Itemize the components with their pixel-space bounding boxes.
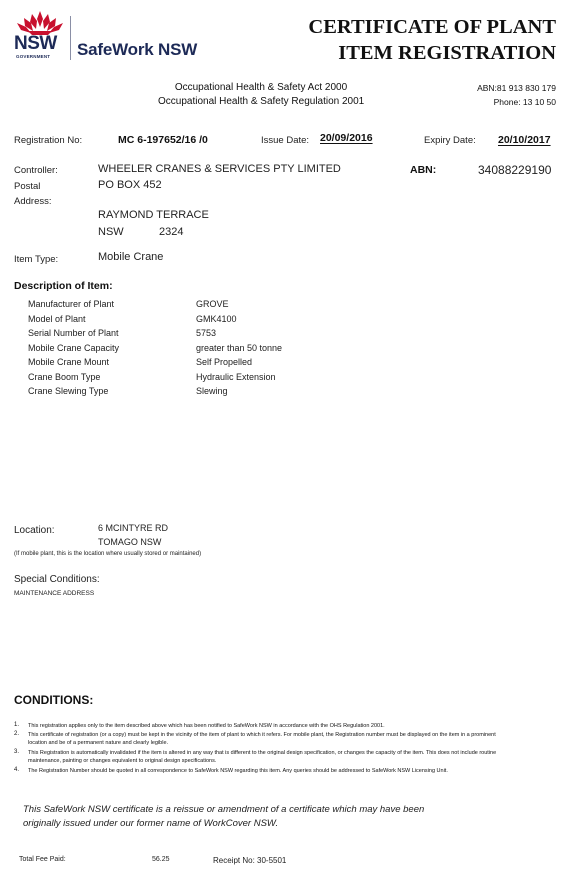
location-note: (If mobile plant, this is the location w… xyxy=(14,551,201,557)
controller-abn-label: ABN: xyxy=(410,164,436,176)
condition-text: This certificate of registration (or a c… xyxy=(28,731,508,747)
total-fee-label: Total Fee Paid: xyxy=(19,856,66,863)
description-heading: Description of Item: xyxy=(14,280,113,292)
waratah-logo-icon xyxy=(14,9,66,35)
description-value: Slewing xyxy=(196,386,228,396)
location-line-2: TOMAGO NSW xyxy=(98,537,161,547)
controller-name: WHEELER CRANES & SERVICES PTY LIMITED xyxy=(98,163,341,175)
description-value: greater than 50 tonne xyxy=(196,343,282,353)
address-postcode: 2324 xyxy=(159,226,183,238)
issue-date-value: 20/09/2016 xyxy=(320,132,373,144)
address-line-1: PO BOX 452 xyxy=(98,179,162,191)
description-label: Mobile Crane Capacity xyxy=(28,343,119,353)
description-label: Mobile Crane Mount xyxy=(28,357,109,367)
description-value: 5753 xyxy=(196,328,216,338)
agency-phone: Phone: 13 10 50 xyxy=(477,95,556,109)
reissue-line-1: This SafeWork NSW certificate is a reiss… xyxy=(23,803,424,817)
title-line-1: CERTIFICATE OF PLANT xyxy=(308,14,556,40)
condition-text: This registration applies only to the it… xyxy=(28,722,508,730)
location-line-1: 6 MCINTYRE RD xyxy=(98,523,168,533)
regulation-line: Occupational Health & Safety Regulation … xyxy=(158,95,364,109)
address-line-2: RAYMOND TERRACE xyxy=(98,209,209,221)
government-logo-text: GOVERNMENT xyxy=(16,54,50,59)
controller-abn-value: 34088229190 xyxy=(478,163,551,177)
conditions-heading: CONDITIONS: xyxy=(14,693,93,707)
reissue-line-2: originally issued under our former name … xyxy=(23,817,424,831)
item-type-label: Item Type: xyxy=(14,254,58,265)
item-type-value: Mobile Crane xyxy=(98,251,163,263)
condition-number: 2. xyxy=(14,731,19,737)
expiry-date-value: 20/10/2017 xyxy=(498,134,551,146)
location-label: Location: xyxy=(14,525,55,536)
act-line: Occupational Health & Safety Act 2000 xyxy=(158,81,364,95)
special-conditions-value: MAINTENANCE ADDRESS xyxy=(14,590,94,597)
receipt-number: Receipt No: 30-5501 xyxy=(213,856,286,865)
title-line-2: ITEM REGISTRATION xyxy=(308,40,556,66)
registration-no-label: Registration No: xyxy=(14,135,82,146)
condition-number: 1. xyxy=(14,722,19,728)
certificate-title: CERTIFICATE OF PLANT ITEM REGISTRATION xyxy=(308,14,556,66)
description-label: Model of Plant xyxy=(28,314,86,324)
description-label: Manufacturer of Plant xyxy=(28,299,114,309)
description-label: Crane Boom Type xyxy=(28,372,100,382)
description-value: GMK4100 xyxy=(196,314,237,324)
condition-text: The Registration Number should be quoted… xyxy=(28,767,508,775)
logo-divider xyxy=(70,16,71,60)
nsw-logo-text: NSW xyxy=(14,34,57,54)
reissue-notice: This SafeWork NSW certificate is a reiss… xyxy=(23,803,424,831)
expiry-date-label: Expiry Date: xyxy=(424,135,476,146)
controller-label: Controller: xyxy=(14,165,58,176)
agency-abn: ABN:81 913 830 179 xyxy=(477,81,556,95)
agency-name: SafeWork NSW xyxy=(77,40,197,60)
address-state: NSW xyxy=(98,226,124,238)
description-value: GROVE xyxy=(196,299,229,309)
description-label: Crane Slewing Type xyxy=(28,386,108,396)
special-conditions-label: Special Conditions: xyxy=(14,574,100,585)
postal-address-label-2: Address: xyxy=(14,196,52,207)
total-fee-value: 56.25 xyxy=(152,856,170,863)
condition-text: This Registration is automatically inval… xyxy=(28,749,508,765)
condition-number: 3. xyxy=(14,749,19,755)
issue-date-label: Issue Date: xyxy=(261,135,309,146)
postal-address-label-1: Postal xyxy=(14,181,40,192)
legislation: Occupational Health & Safety Act 2000 Oc… xyxy=(158,81,364,109)
description-value: Self Propelled xyxy=(196,357,252,367)
condition-number: 4. xyxy=(14,767,19,773)
agency-contact: ABN:81 913 830 179 Phone: 13 10 50 xyxy=(477,81,556,109)
description-value: Hydraulic Extension xyxy=(196,372,276,382)
description-label: Serial Number of Plant xyxy=(28,328,119,338)
registration-no-value: MC 6-197652/16 /0 xyxy=(118,134,208,146)
